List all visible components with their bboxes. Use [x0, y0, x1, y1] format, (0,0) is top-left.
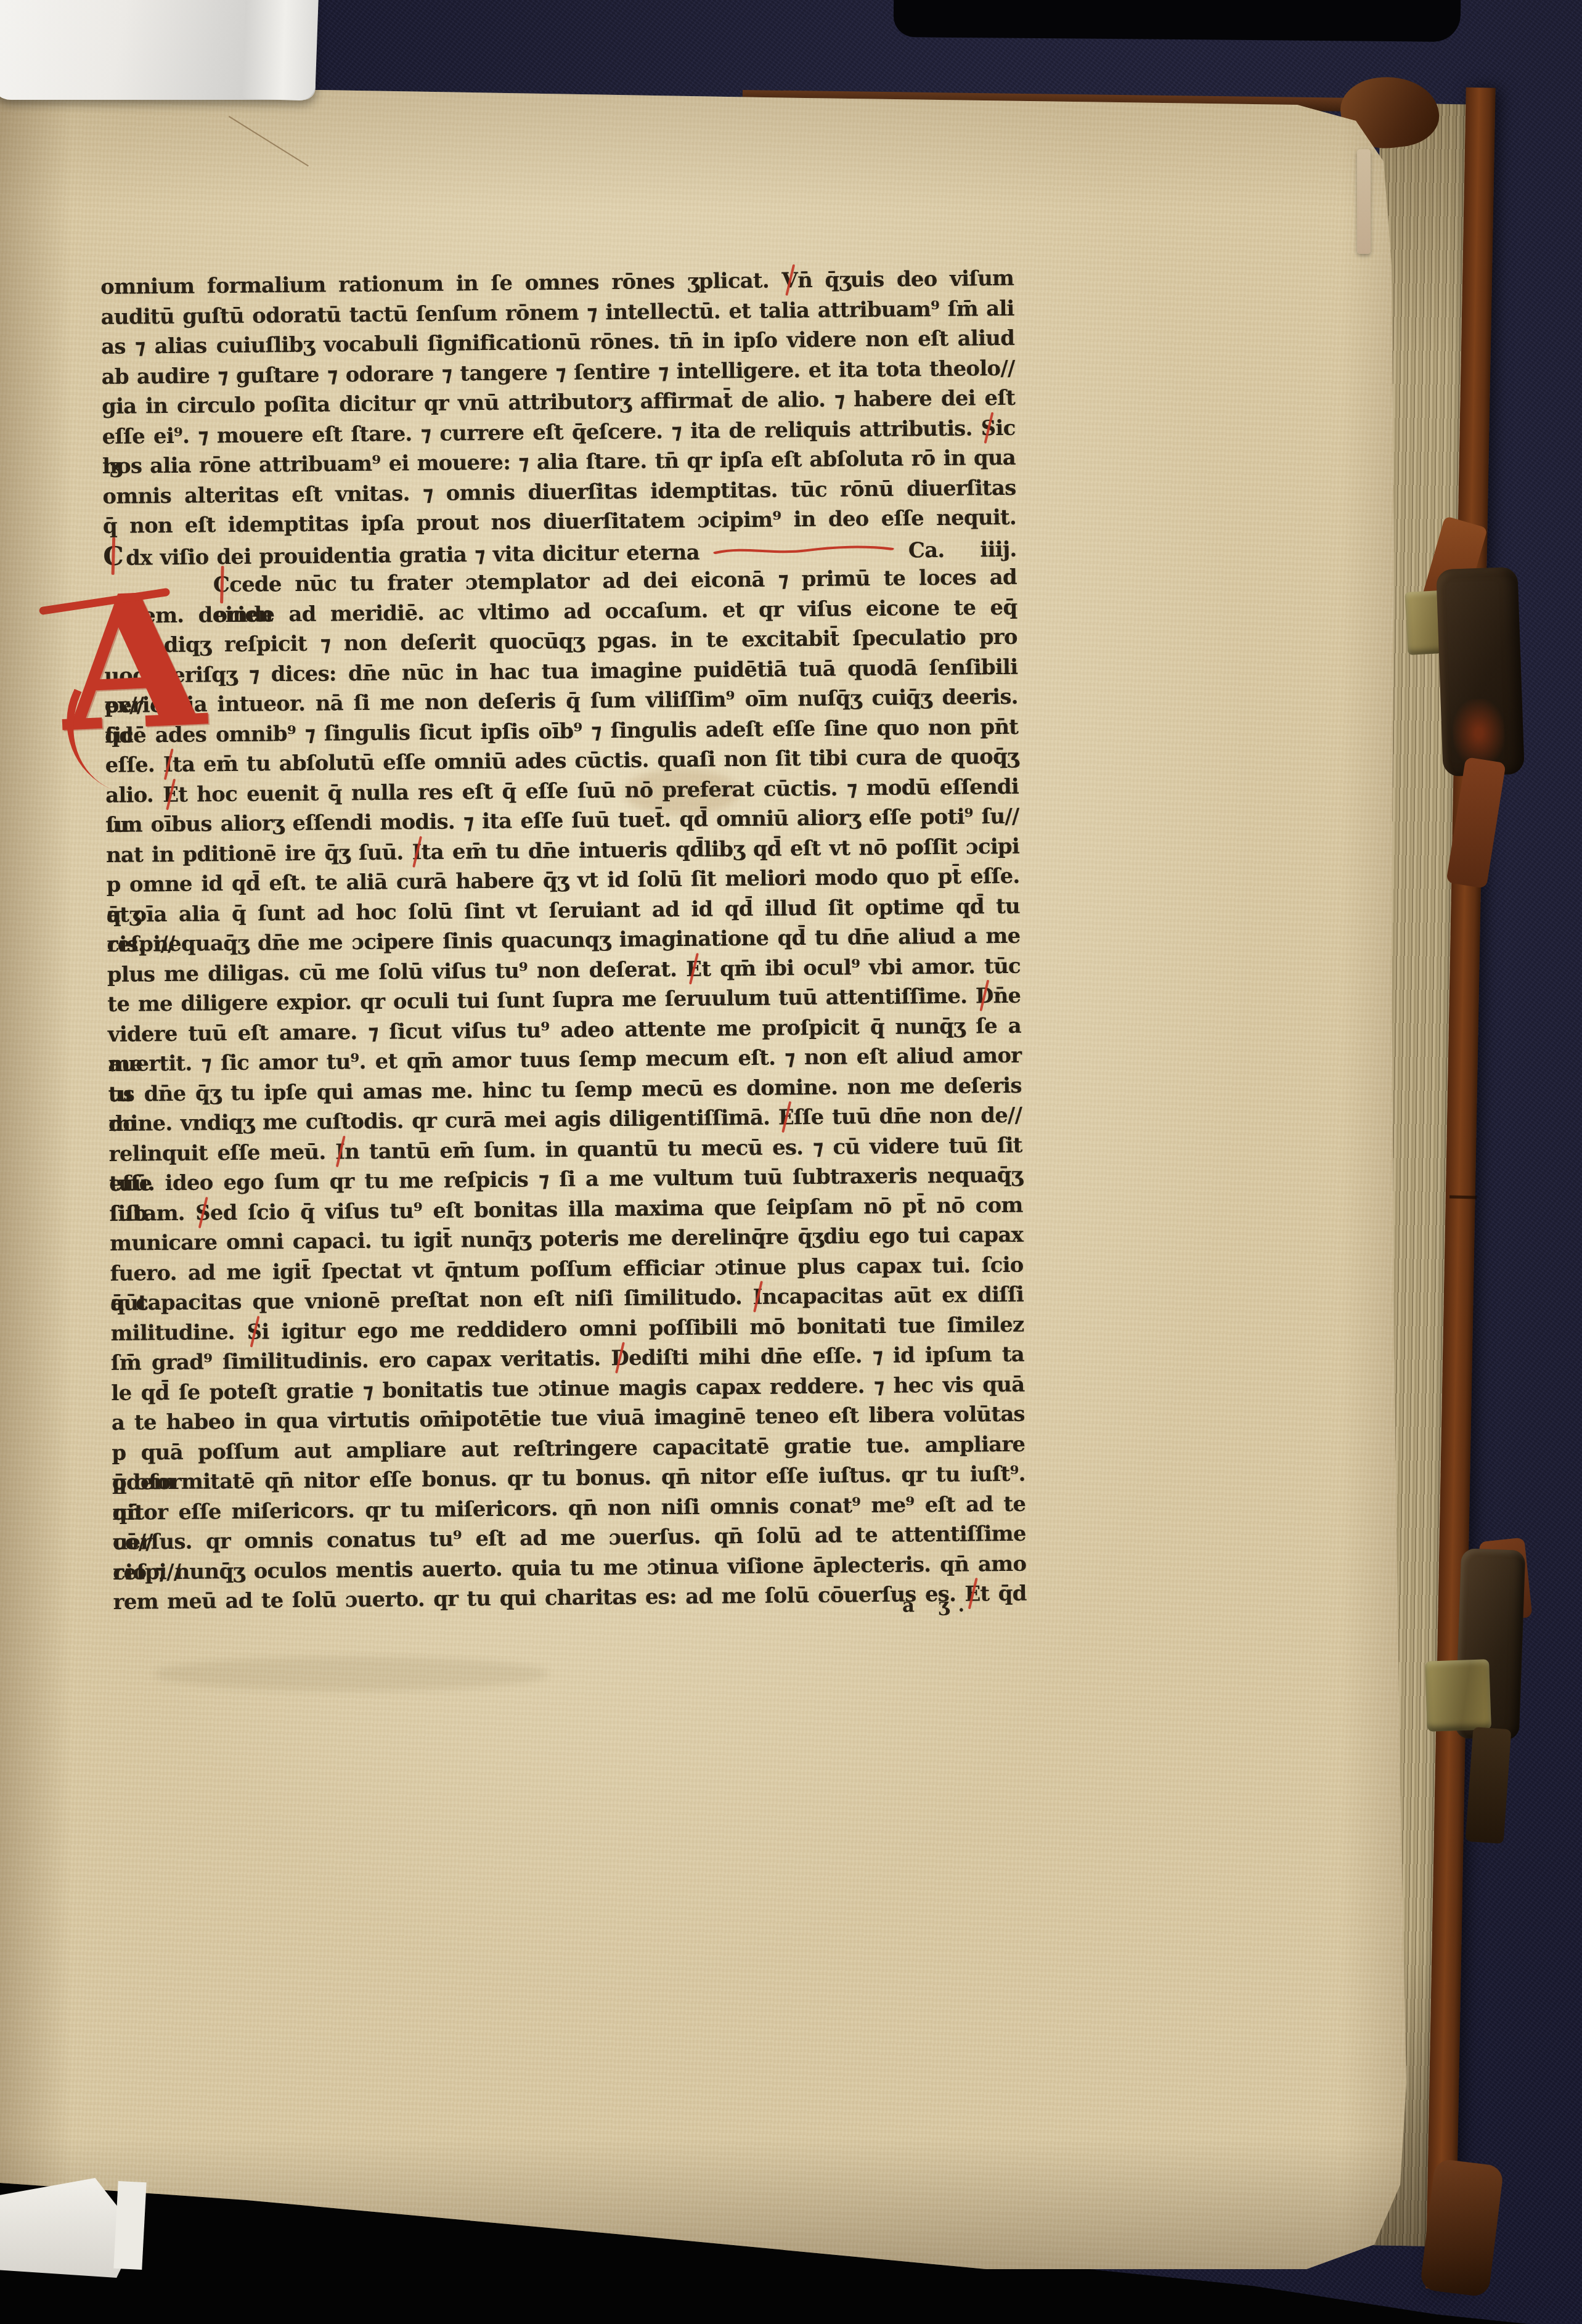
text-run: ncapacitas aūt ex diſſi	[762, 1282, 1024, 1310]
interleaf-fold	[242, 0, 319, 101]
rubricated-initial: A	[58, 582, 207, 744]
red-slash-icon	[220, 566, 224, 603]
text-run: ta em̄ tu dn̄e intueris qd̄libʒ qd̄ eſt …	[422, 834, 1020, 864]
text-run: omnium formalium rationum in ſe omnes rō…	[100, 268, 782, 300]
red-slash-icon	[198, 1196, 208, 1228]
red-slash-icon	[785, 264, 795, 296]
red-slash-icon	[689, 953, 699, 985]
text-run: n̄ q̄ʒuis deo viſum	[797, 266, 1014, 293]
rubricated-capital: E	[778, 1103, 794, 1133]
red-slash-icon	[412, 836, 422, 868]
text-run: ſſe tuū dn̄e non de//	[794, 1103, 1022, 1130]
rubricated-capital: I	[412, 838, 422, 868]
rubricated-capital: S	[981, 414, 995, 444]
text-run: ediſti mihi dn̄e eſſe. ⁊ id ipſum ta	[629, 1342, 1024, 1371]
red-slash-icon	[166, 778, 176, 810]
text-block: omnium formalium rationum in ſe omnes rō…	[100, 264, 1027, 1618]
text-run: mine. vndiqʒ me cuſtodis. qr curā mei ag…	[108, 1106, 778, 1136]
text-run: ta em̄ tu abſolutū eſſe omniū ades cūcti…	[173, 744, 1019, 777]
red-slash-icon	[250, 1316, 259, 1348]
board-seam	[1449, 1196, 1477, 1199]
rubricated-capital: D	[976, 981, 993, 1011]
white-paper-tab	[113, 2181, 146, 2270]
text-run: rem meū ad te ſolū ɔuerto. qr tu qui cha…	[113, 1582, 965, 1615]
text-run: nat in pditionē ire q̄ʒ ſuū.	[106, 840, 412, 868]
red-slash-icon	[336, 1135, 346, 1167]
text-run: militudine.	[110, 1319, 247, 1345]
paper-stain	[154, 1657, 548, 1691]
text-run: n̄e	[993, 984, 1021, 1008]
heading-spacer	[945, 557, 981, 557]
rubricated-capital: S	[247, 1317, 261, 1347]
rubricated-capital: E	[686, 954, 702, 984]
rubricated-capital: I	[752, 1282, 762, 1313]
text-run: t q̄d	[980, 1581, 1027, 1607]
signature-mark: a ʒ.	[902, 1594, 974, 1617]
rubricated-capital: E	[163, 780, 179, 810]
rubricated-capital: I	[335, 1137, 345, 1167]
top-shadow-strip	[894, 0, 1461, 42]
text-run: te me diligere expior. qr oculi tui ſunt…	[107, 984, 976, 1017]
text-run: ſiſtam.	[109, 1201, 195, 1226]
capitulum-mark: C	[213, 570, 230, 600]
text-run: q̄ capacitas que vnionē preſtat non eſt …	[110, 1285, 753, 1316]
text-run: Ca.	[908, 535, 945, 565]
text-run: i igitur ego me reddidero omni poſſibili…	[261, 1312, 1024, 1344]
text-run: plus me diligas. cū me ſolū viſus tu⁹ no…	[107, 956, 687, 987]
bookmark-tab	[1357, 149, 1371, 254]
rubricated-capital: V	[781, 266, 797, 296]
red-slash-icon	[615, 1342, 625, 1374]
text-run: relinquit eſſe meū.	[109, 1140, 336, 1167]
text-run: t qm̄ ibi ocul⁹ vbi amor. tūc	[701, 953, 1021, 981]
red-slash-icon	[984, 412, 993, 444]
book-photo: omnium formalium rationum in ſe omnes rō…	[0, 0, 1582, 2324]
text-run: ſm̄ grad⁹ ſimilitudinis. ero capax verit…	[111, 1346, 611, 1376]
rubricated-capital: S	[195, 1198, 210, 1228]
red-slash-icon	[979, 980, 989, 1012]
red-slash-icon	[781, 1101, 791, 1133]
text-run: ed ſcio q̄ viſus tu⁹ eſt bonitas illa ma…	[210, 1193, 1023, 1225]
red-slash-icon	[753, 1281, 763, 1313]
red-line-filler-icon	[712, 543, 896, 556]
rubricated-capital: D	[611, 1343, 629, 1374]
text-run: iiij.	[980, 534, 1016, 565]
